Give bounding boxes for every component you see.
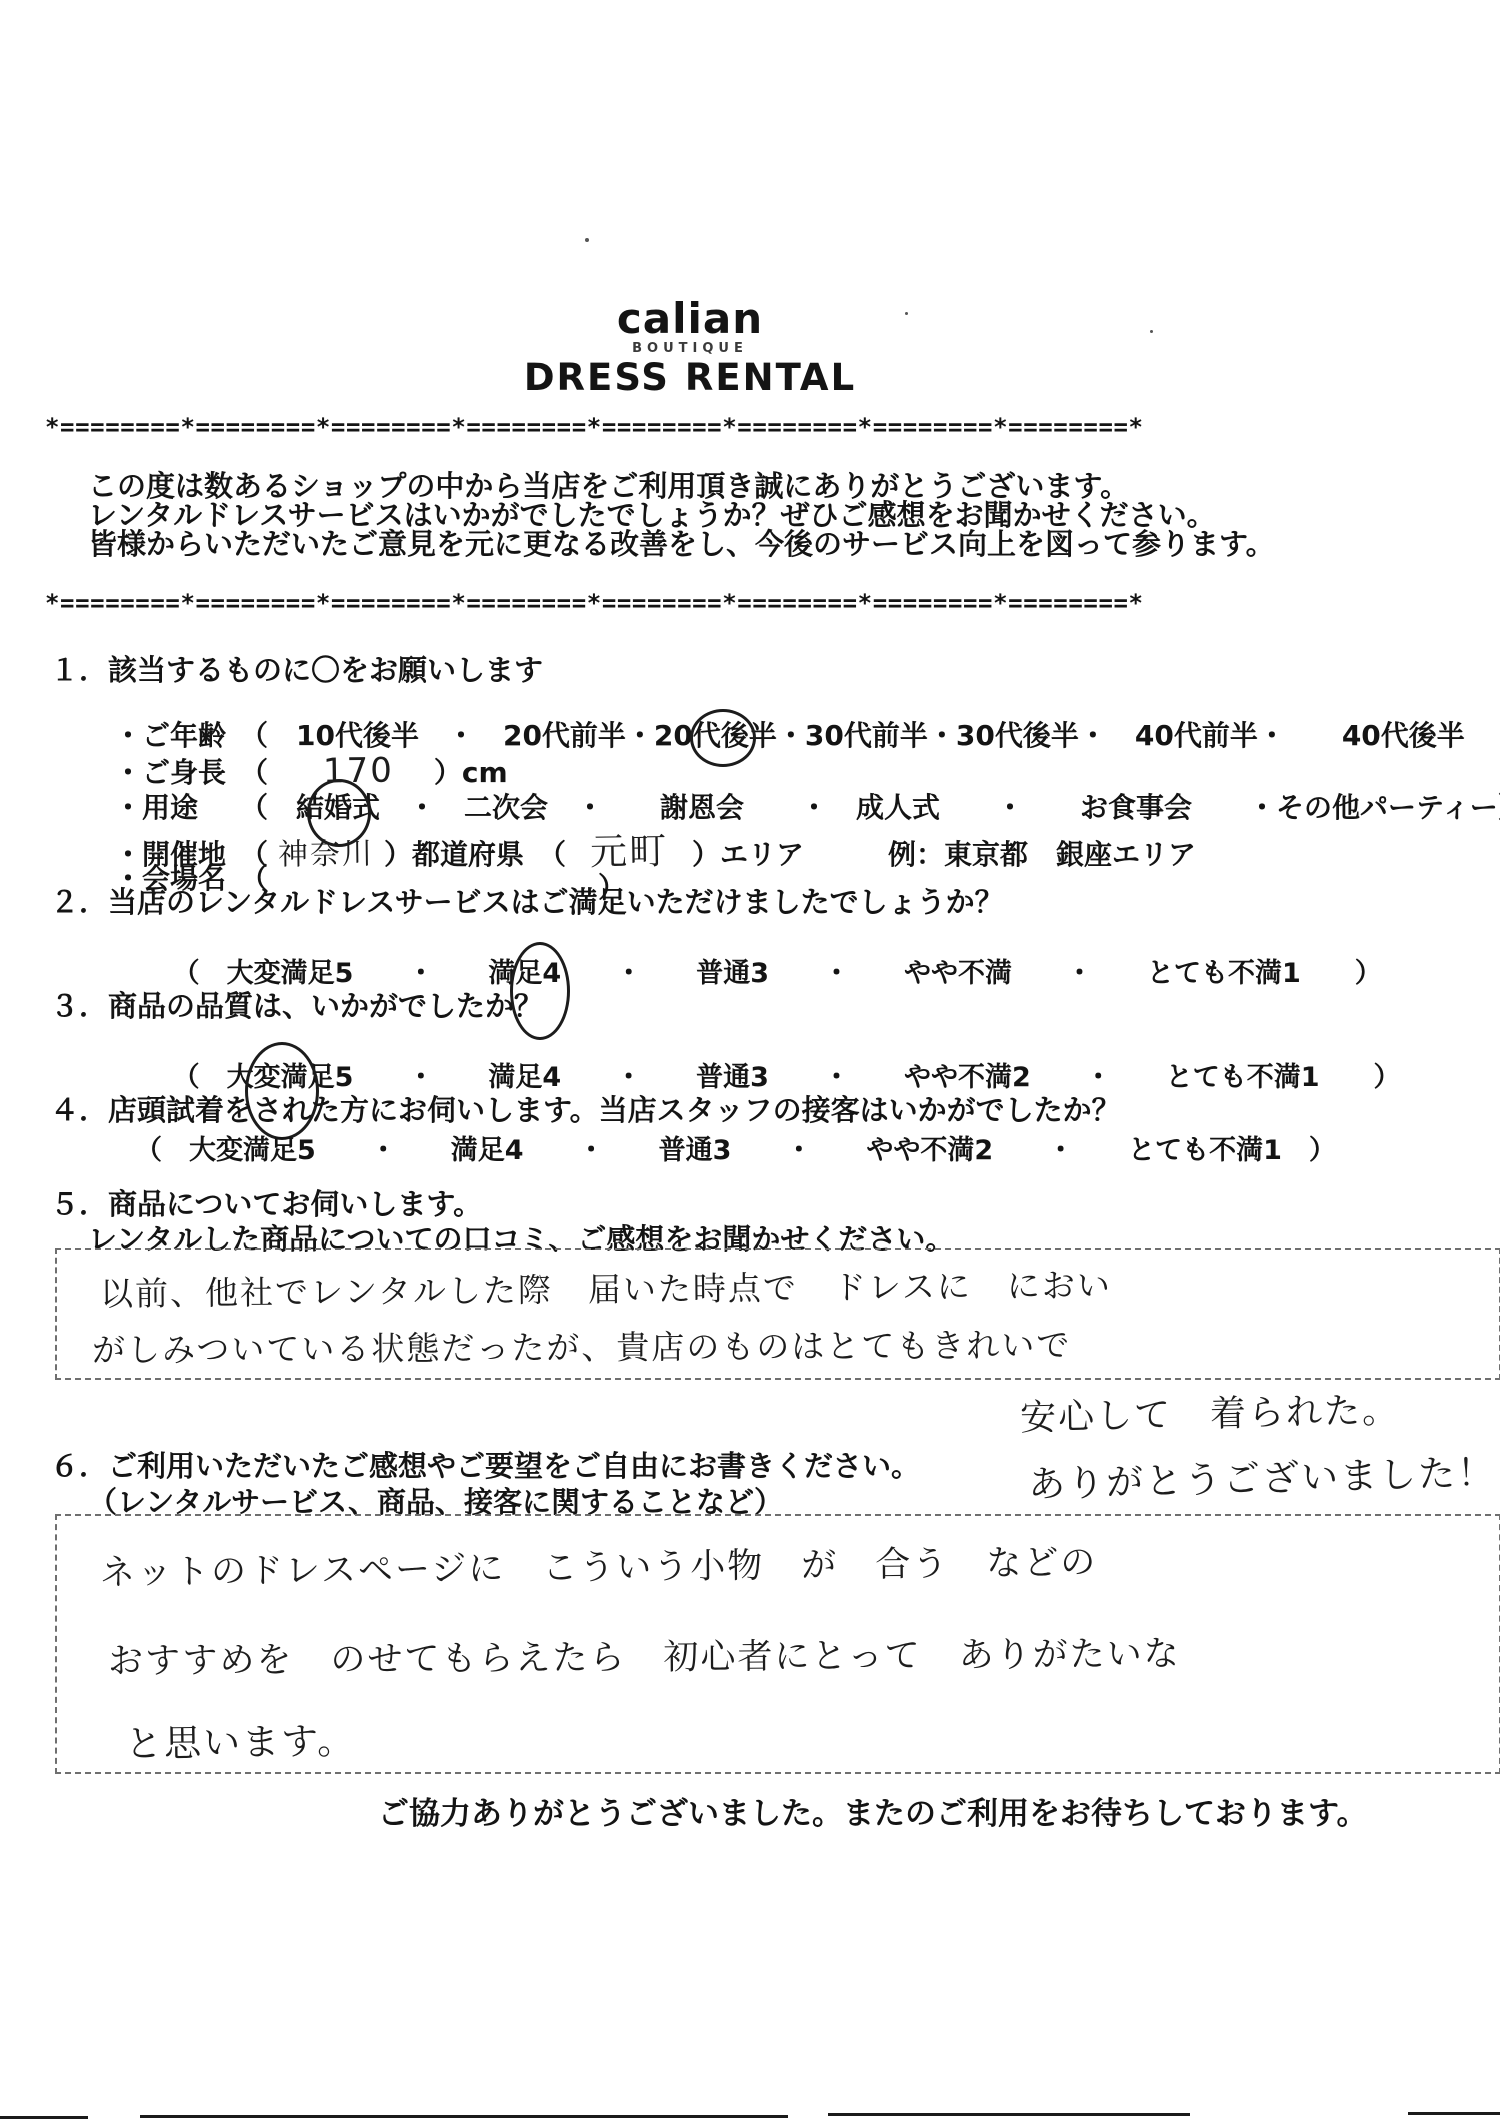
- closing-message: ご協力ありがとうございました。またのご利用をお待ちしております。: [378, 1788, 1368, 1833]
- q4-title: ４．店頭試着をされた方にお伺いします。当店スタッフの接客はいかがでしたか？: [50, 1088, 1121, 1129]
- q5-handwritten-line-4: ありがとうございました！: [1027, 1442, 1496, 1508]
- q6-handwritten-line-3: と思います。: [125, 1710, 357, 1767]
- brand-subtitle: BOUTIQUE: [560, 341, 820, 356]
- q1-age-options-post: 半・30代前半・30代後半・ 40代前半・ 40代後半 ・ 50代: [749, 719, 1500, 752]
- q6-handwritten-line-1: ネットのドレスページに こういう小物 が 合う などの: [100, 1535, 1098, 1595]
- scan-artifact-segment: [1408, 2112, 1500, 2115]
- q5-handwritten-line-1: 以前、他社でレンタルした際 届いた時点で ドレスに におい: [100, 1260, 1112, 1316]
- q2-title: ２．当店のレンタルドレスサービスはご満足いただけましたでしょうか？: [50, 880, 1004, 921]
- q5-handwritten-line-3: 安心して 着られた。: [1020, 1382, 1401, 1441]
- intro-line-3: 皆様からいただいたご意見を元に更なる改善をし、今後のサービス向上を図って参ります…: [88, 522, 1275, 563]
- scan-speck: [1150, 330, 1153, 333]
- divider-top: *========*========*========*========*===…: [45, 413, 1144, 441]
- brand-logo: calian: [560, 294, 820, 343]
- q6-handwritten-line-2: おすすめを のせてもらえたら 初心者にとって ありがたいな: [108, 1626, 1181, 1683]
- q5-handwritten-line-2: がしみついている状態だったが、貴店のものはとてもきれいで: [92, 1319, 1072, 1371]
- scan-speck: [905, 312, 908, 315]
- document-title: DRESS RENTAL: [450, 356, 930, 399]
- q1-age-selected-option: 代後: [693, 714, 749, 754]
- scan-speck: [585, 238, 589, 242]
- scanned-feedback-form: calian BOUTIQUE DRESS RENTAL *========*=…: [0, 0, 1500, 2127]
- scan-artifact-segment: [140, 2115, 788, 2118]
- scan-artifact-segment: [828, 2113, 1190, 2116]
- q4-scale-row: （ 大変満足5 ・ 満足4 ・ 普通3 ・ やや不満2 ・ とても不満1 ）: [135, 1128, 1336, 1167]
- q6-title: ６．ご利用いただいたご感想やご要望をご自由にお書きください。: [50, 1444, 920, 1485]
- divider-bottom: *========*========*========*========*===…: [45, 589, 1144, 617]
- scan-artifact-segment: [0, 2116, 88, 2119]
- q3-title: ３．商品の品質は、いかがでしたか？: [50, 984, 543, 1025]
